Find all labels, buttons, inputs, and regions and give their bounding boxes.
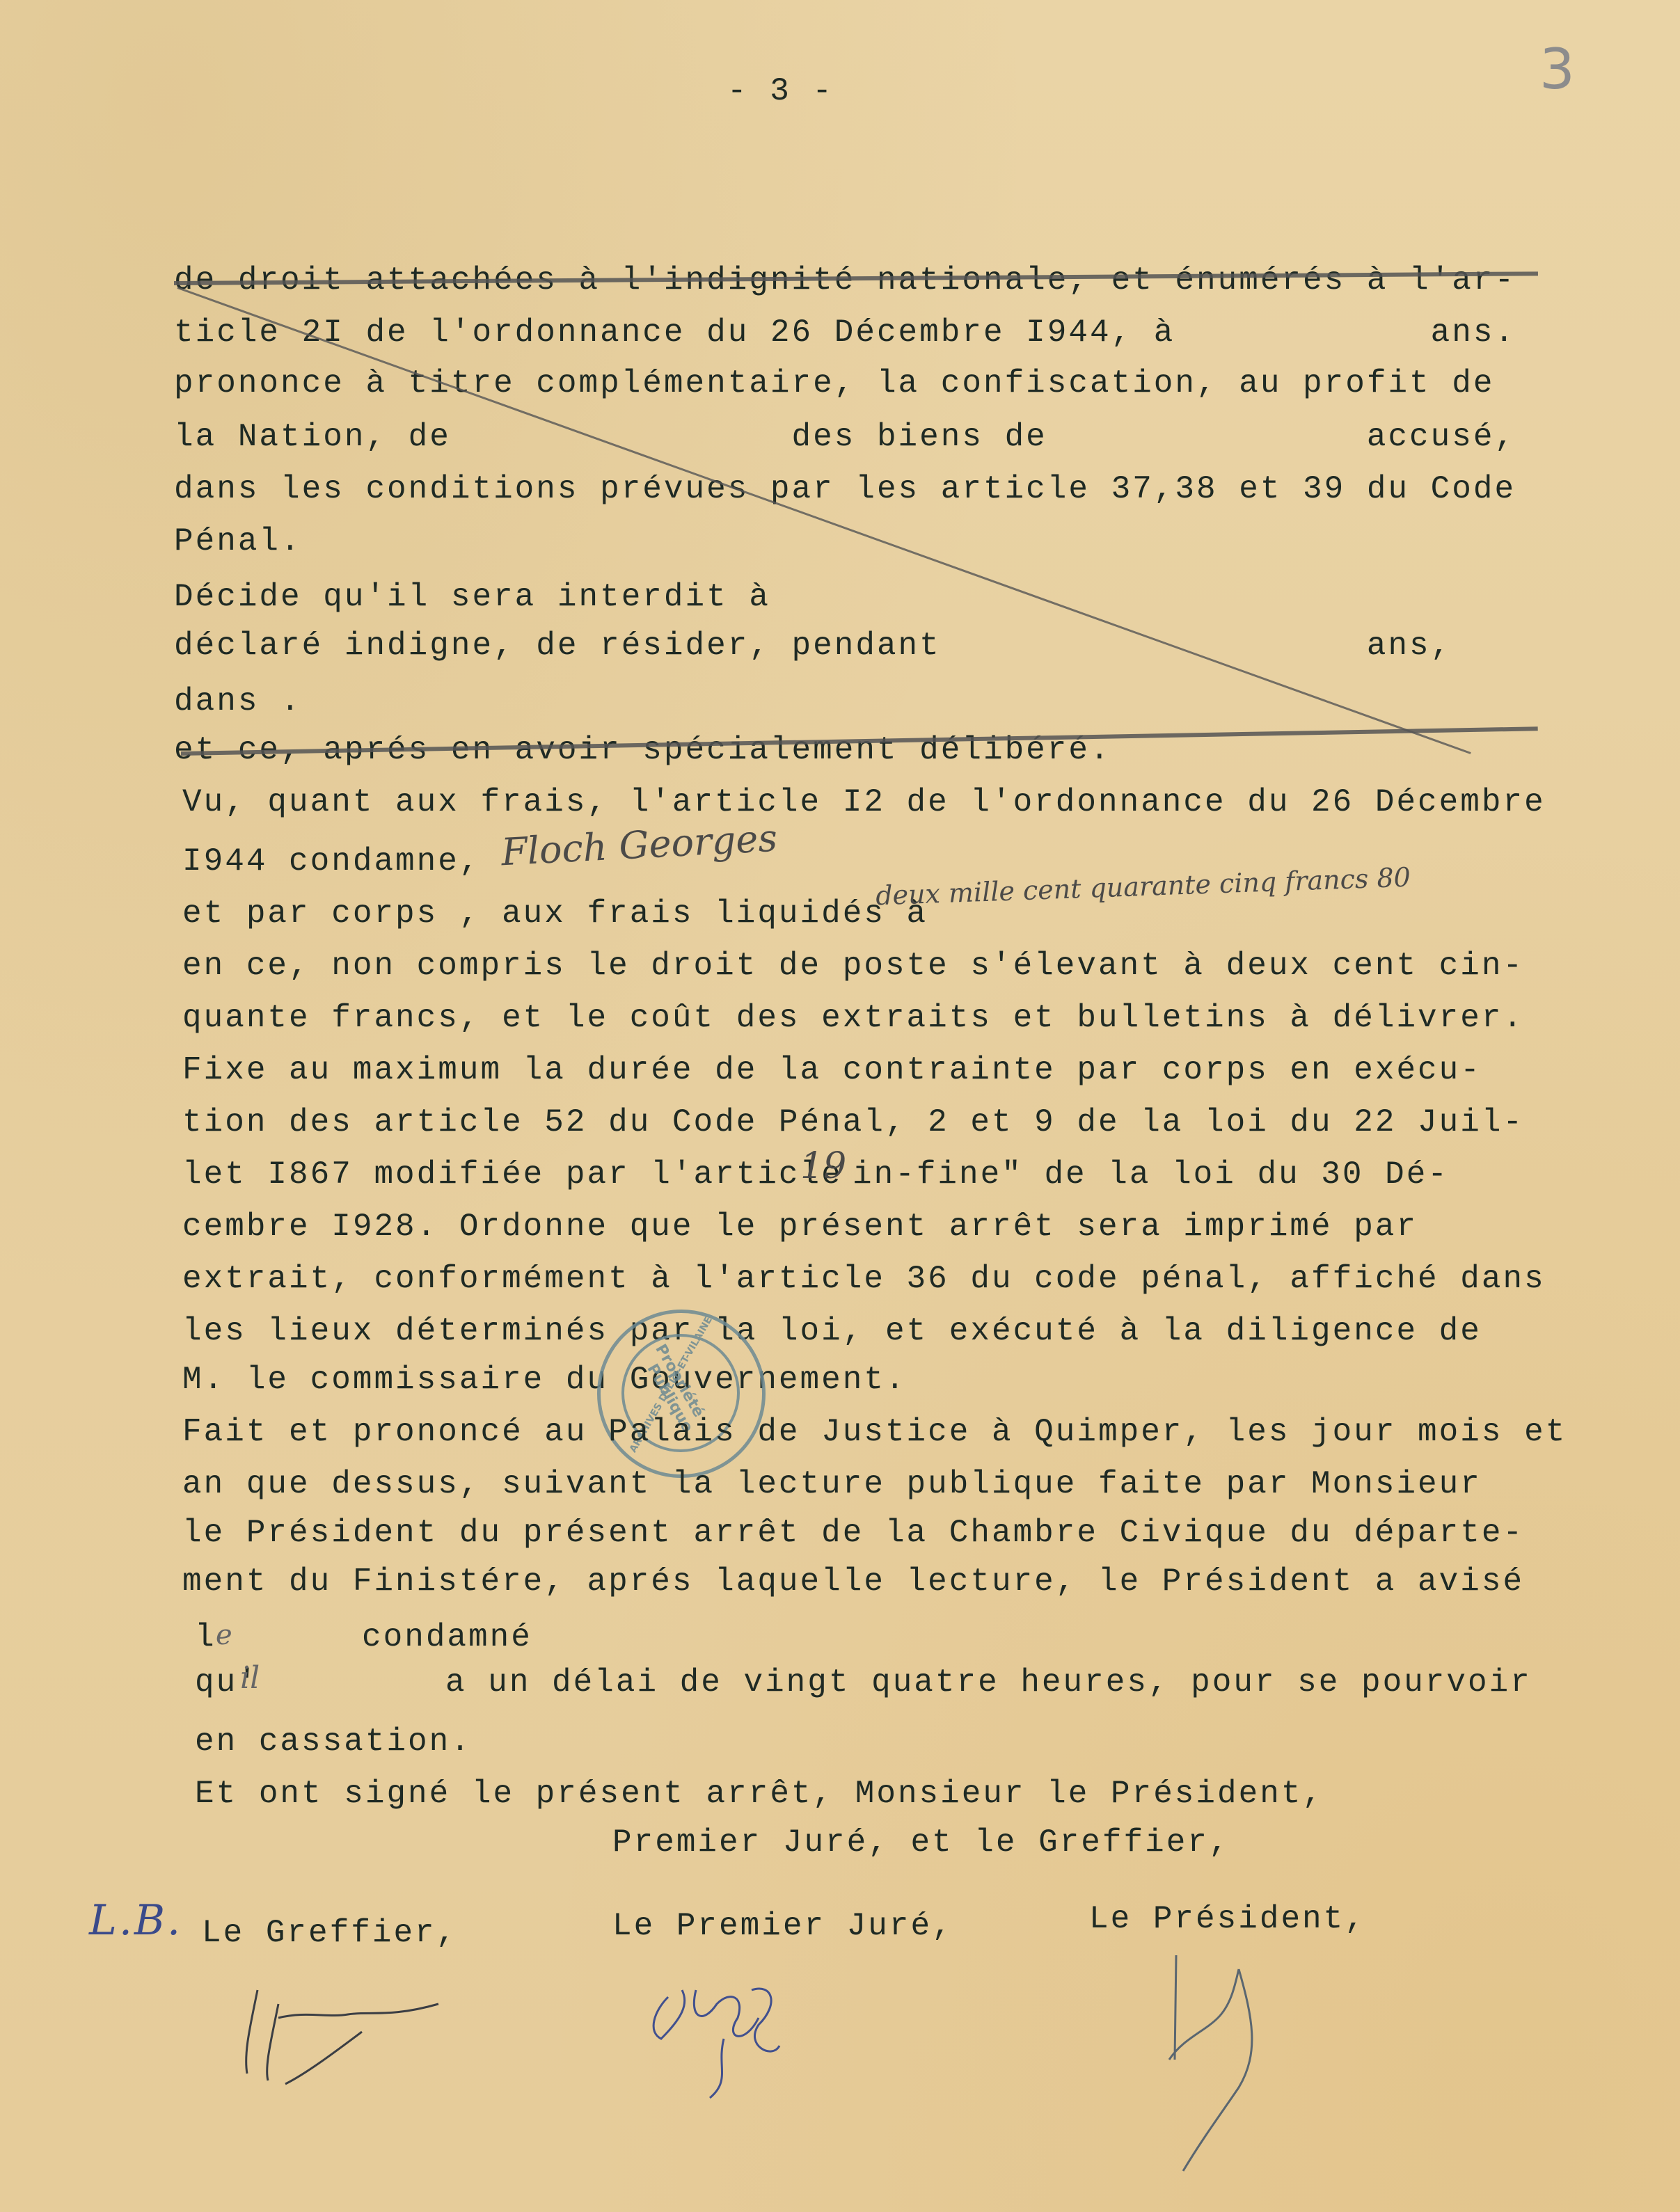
costs-line-7: tion des article 52 du Code Pénal, 2 et … [182,1106,1524,1138]
costs-line-2: I944 condamne, [182,845,480,877]
costs-line-4: en ce, non compris le droit de poste s'é… [182,950,1524,982]
pronounce-line-2: an que dessus, suivant la lecture publiq… [182,1468,1482,1500]
pronounce-line-8: Et ont signé le présent arrêt, Monsieur … [195,1778,1324,1810]
struck-line-4: la Nation, de des biens de accusé, [174,421,1516,453]
struck-line-6: Pénal. [174,525,302,557]
struck-line-3: prononce à titre complémentaire, la conf… [174,367,1494,399]
costs-line-6: Fixe au maximum la durée de la contraint… [182,1054,1482,1086]
costs-line-1: Vu, quant aux frais, l'article I2 de l'o… [182,786,1546,818]
pronounce-line-3: le Président du présent arrêt de la Cham… [182,1517,1524,1549]
pronounce-line-7: en cassation. [195,1726,472,1758]
pronounce-line-5-word: condamné [362,1621,532,1653]
costs-line-8: let I867 modifiée par l'article [182,1159,843,1191]
greffier-signature [209,1976,459,2087]
costs-line-10: extrait, conformément à l'article 36 du … [182,1263,1546,1295]
pronounce-line-9: Premier Juré, et le Greffier, [612,1827,1230,1859]
struck-line-8: déclaré indigne, de résider, pendant ans… [174,630,1452,662]
greffier-initials: L.B. [89,1900,182,1941]
pencil-page-number: 3 [1539,42,1577,97]
pronounce-line-1: Fait et prononcé au Palais de Justice à … [182,1416,1567,1448]
typed-page-number: - 3 - [727,75,834,107]
pronounce-line-4: ment du Finistére, aprés laquelle lectur… [182,1566,1524,1598]
handwritten-quil-suffix: il [240,1663,260,1694]
struck-line-9: dans . [174,685,302,717]
premier-jure-label: Le Premier Juré, [612,1910,953,1942]
struck-line-7: Décide qu'il sera interdit à [174,581,770,613]
premier-jure-signature [640,1948,849,2101]
costs-line-9: cembre I928. Ordonne que le présent arrê… [182,1211,1418,1243]
handwritten-article-number: 19 [800,1148,846,1184]
greffier-label: Le Greffier, [202,1917,457,1949]
struck-line-5: dans les conditions prévues par les arti… [174,473,1516,505]
costs-line-12: M. le commissaire du Gouvernement. [182,1364,907,1396]
president-signature [1155,1948,1336,2178]
pronounce-line-5-prefix: l [195,1621,216,1653]
pronounce-line-6-rest: a un délai de vingt quatre heures, pour … [445,1666,1532,1698]
costs-line-8-suffix: in-fine" de la loi du 30 Dé- [853,1159,1449,1191]
costs-line-3: et par corps , aux frais liquidés à [182,898,928,930]
costs-line-11: les lieux déterminés par la loi, et exéc… [182,1315,1482,1347]
struck-line-2: ticle 2I de l'ordonnance du 26 Décembre … [174,317,1516,349]
president-label: Le Président, [1089,1903,1366,1935]
archives-stamp: ARCHIVES D'ILLE-ET-VILAINE Propriété Pub… [597,1310,766,1478]
handwritten-le-suffix: e [216,1621,232,1649]
costs-line-5: quante francs, et le coût des extraits e… [182,1002,1524,1034]
